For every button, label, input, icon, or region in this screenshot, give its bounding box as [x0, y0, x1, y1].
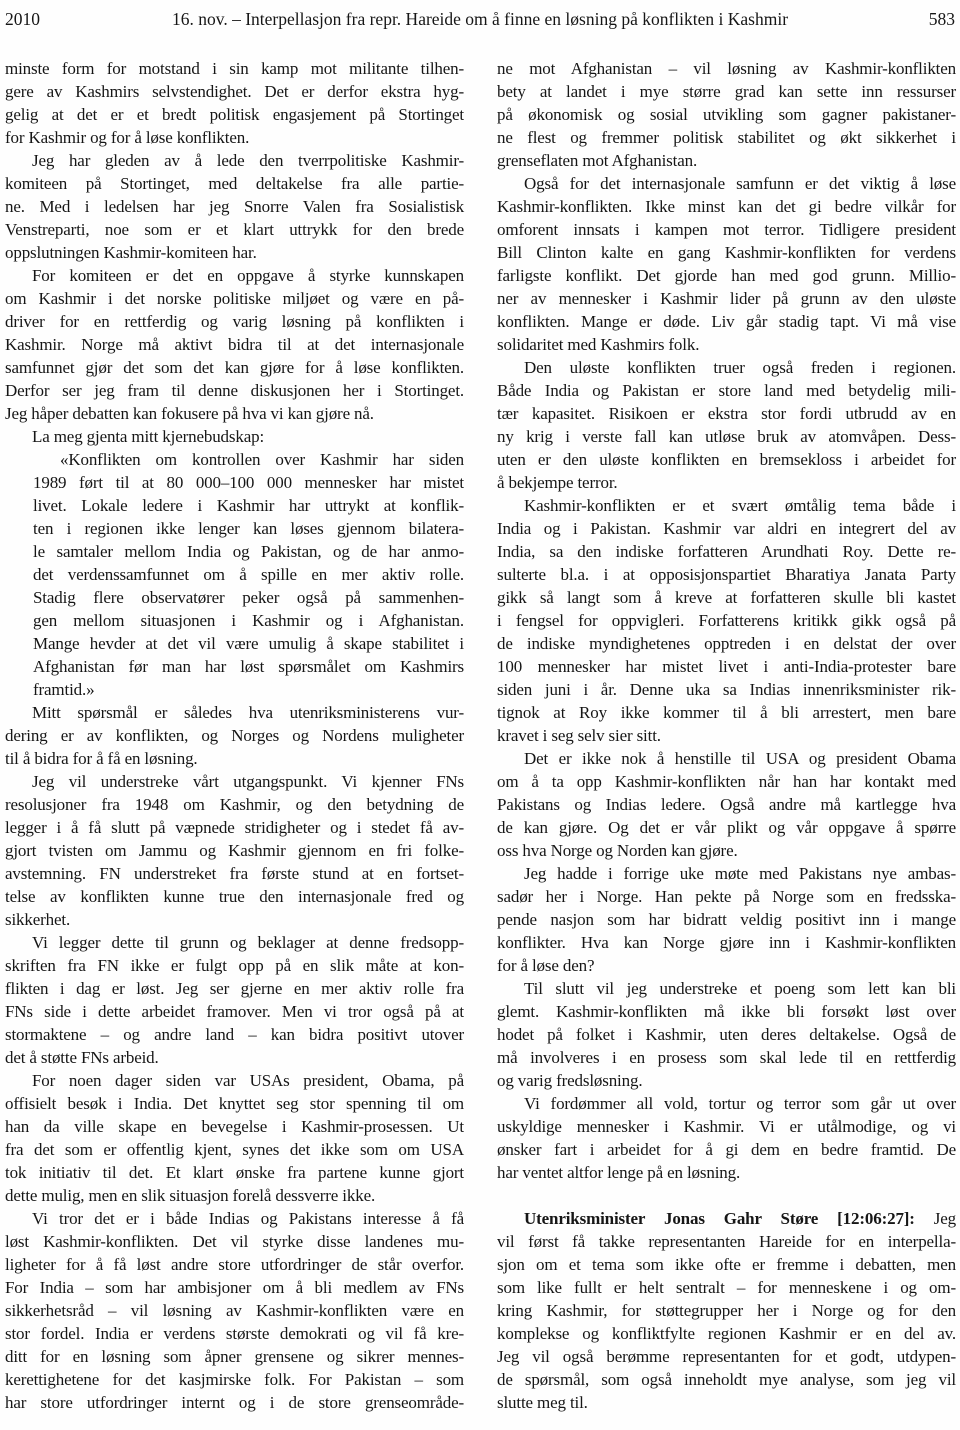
- text-line: samfunnet gjør det som det kan gjøre for…: [5, 356, 464, 379]
- text-line: ne. Med i ledelsen har jeg Snorre Valen …: [5, 195, 464, 218]
- text-line: Mitt spørsmål er således hva utenriksmin…: [5, 701, 464, 724]
- left-column: minste form for motstand i sin kamp mot …: [5, 57, 464, 1414]
- text-line: India, sa den indiske forfatteren Arundh…: [497, 540, 956, 563]
- text-line: kravet i seg selv sier sitt.: [497, 724, 956, 747]
- text-line: Både India og Pakistan er store land med…: [497, 379, 956, 402]
- text-line: ner av mennesker i Kashmir lider på grun…: [497, 287, 956, 310]
- text-line: sjon om et tema som ikke ofte er fremme …: [497, 1253, 956, 1276]
- text-line: på økonomisk og sosial utvikling som gag…: [497, 103, 956, 126]
- text-line: sulterte bl.a. i at opposisjonspartiet B…: [497, 563, 956, 586]
- text-line: 100 mennesker har mistet livet i anti-In…: [497, 655, 956, 678]
- text-line: om å ta opp Kashmir-konflikten når han h…: [497, 770, 956, 793]
- text-line: sadør her i Norge. Han pekte på Norge so…: [497, 885, 956, 908]
- text-line: 1989 ført til at 80 000–100 000 menneske…: [33, 471, 464, 494]
- text-line: grenseflaten mot Afghanistan.: [497, 149, 956, 172]
- page-header: 2010 16. nov. – Interpellasjon fra repr.…: [5, 9, 955, 32]
- text-line: Den uløste konflikten truer også freden …: [497, 356, 956, 379]
- text-line: pende nasjon som har bidratt veldig posi…: [497, 908, 956, 931]
- text-line: avstemning. FN understreket fra første s…: [5, 862, 464, 885]
- text-line: solidaritet med Kashmirs folk.: [497, 333, 956, 356]
- text-line: for Kashmir og for å løse konflikten.: [5, 126, 464, 149]
- text-line: ne mot Afghanistan – vil løsning av Kash…: [497, 57, 956, 80]
- text-line: Afghanistan før man har løst spørsmålet …: [33, 655, 464, 678]
- speaker-name: Utenriksminister Jonas Gahr Støre [12:06…: [524, 1209, 915, 1228]
- text-line: komplekse og konfliktfylte regionen Kash…: [497, 1322, 956, 1345]
- text-line: konflikter. Hva kan Norge gjøre inn i Ka…: [497, 931, 956, 954]
- page-number: 583: [929, 9, 955, 30]
- speaker-line: Utenriksminister Jonas Gahr Støre [12:06…: [497, 1207, 956, 1230]
- document-page: 2010 16. nov. – Interpellasjon fra repr.…: [0, 0, 960, 1430]
- text-line: de kan gjøre. Og det er vår plikt og vår…: [497, 816, 956, 839]
- text-line: For komiteen er det en oppgave å styrke …: [5, 264, 464, 287]
- text-line: legger i å få slutt på væpnede stridighe…: [5, 816, 464, 839]
- text-line: Mange hevder at det vil være umulig å sk…: [33, 632, 464, 655]
- text-line: dette mulig, men en slik situasjon forel…: [5, 1184, 464, 1207]
- text-line: Vi tror det er i både Indias og Pakistan…: [5, 1207, 464, 1230]
- text-line: oppslutningen Kashmir-komiteen har.: [5, 241, 464, 264]
- text-line: ditt for en løsning som åpner grensene o…: [5, 1345, 464, 1368]
- text-line: La meg gjenta mitt kjernebudskap:: [5, 425, 464, 448]
- text-line: telse av konflikten kunne true den inter…: [5, 885, 464, 908]
- text-line: farligste konflikt. Det gjorde han med g…: [497, 264, 956, 287]
- text-line: siden juni i år. Denne uka sa Indias inn…: [497, 678, 956, 701]
- text-line: løst Kashmir-konflikten. Det vil styrke …: [5, 1230, 464, 1253]
- text-line: stor fordel. India er verdens største de…: [5, 1322, 464, 1345]
- text-line: Derfor ser jeg fram til denne diskusjone…: [5, 379, 464, 402]
- text-line: gelig at det er et bredt politisk engasj…: [5, 103, 464, 126]
- text-line: FNs side i dette arbeidet framover. Men …: [5, 1000, 464, 1023]
- text-line: Til slutt vil jeg understreke et poeng s…: [497, 977, 956, 1000]
- text-line: ten i regionen ikke lenger kan løses gje…: [33, 517, 464, 540]
- text-line: uten er den uløste konflikten en bremsek…: [497, 448, 956, 471]
- text-line: og varig fredsløsning.: [497, 1069, 956, 1092]
- text-line: Kashmir-konflikten. Ikke minst kan det g…: [497, 195, 956, 218]
- text-line: det å støtte FNs arbeid.: [5, 1046, 464, 1069]
- text-line: Jeg håper debatten kan fokusere på hva v…: [5, 402, 464, 425]
- text-line: stormaktene – og andre land – kan bidra …: [5, 1023, 464, 1046]
- text-line: Vi fordømmer all vold, tortur og terror …: [497, 1092, 956, 1115]
- text-line: han da ville skape en bevegelse i Kashmi…: [5, 1115, 464, 1138]
- text-line: tok initiativ til det. Et klart ønske fr…: [5, 1161, 464, 1184]
- text-line: livet. Lokale ledere i Kashmir har uttry…: [33, 494, 464, 517]
- text-line: driver for en rettferdig og varig løsnin…: [5, 310, 464, 333]
- text-line: komiteen på Stortinget, med deltakelse f…: [5, 172, 464, 195]
- text-line: resolusjoner fra 1948 om Kashmir, og den…: [5, 793, 464, 816]
- text-line: uskyldige mennesker i Kashmir. Vi er utå…: [497, 1115, 956, 1138]
- text-line: skriften fra FN ikke er fulgt opp på en …: [5, 954, 464, 977]
- text-line: slutte meg til.: [497, 1391, 956, 1414]
- text-line: Vi legger dette til grunn og beklager at…: [5, 931, 464, 954]
- text-line: bety at landet i mye større grad kan set…: [497, 80, 956, 103]
- text-line: fra det som er offentlig kjent, synes de…: [5, 1138, 464, 1161]
- text-line: for å løse den?: [497, 954, 956, 977]
- text-line: For India – som har ambisjoner om å bli …: [5, 1276, 464, 1299]
- text-line: glemt. Kashmir-konflikten må ikke bli fo…: [497, 1000, 956, 1023]
- right-column: ne mot Afghanistan – vil løsning av Kash…: [497, 57, 956, 1414]
- text-line: gjort tvisten om Jammu og Kashmir gjenno…: [5, 839, 464, 862]
- text-line: har ventet altfor lenge på en løsning.: [497, 1161, 956, 1184]
- text-line: India og i Pakistan. Kashmir var aldri e…: [497, 517, 956, 540]
- text-line: hodet på folket i Kashmir, uten deres de…: [497, 1023, 956, 1046]
- text-line: de indiske myndighetenes opptreden i en …: [497, 632, 956, 655]
- text-line: tær kapasitet. Risikoen er ekstra stor f…: [497, 402, 956, 425]
- text-line: må involveres i en prosess som skal lede…: [497, 1046, 956, 1069]
- text-line: Det er ikke nok å henstille til USA og p…: [497, 747, 956, 770]
- text-line: For noen dager siden var USAs president,…: [5, 1069, 464, 1092]
- text-line: Kashmir. Norge må aktivt bidra til at de…: [5, 333, 464, 356]
- text-line: kring Kashmir, for støttegrupper her i N…: [497, 1299, 956, 1322]
- text-line: omforent innsats i kampen mot terror. Ti…: [497, 218, 956, 241]
- text-line: Jeg vil også berømme representanten for …: [497, 1345, 956, 1368]
- text-line: minste form for motstand i sin kamp mot …: [5, 57, 464, 80]
- text-line: i fengsel for oppvigleri. Forfatterens k…: [497, 609, 956, 632]
- text-line: tignok at Roy ikke kommer til å bli arre…: [497, 701, 956, 724]
- text-line: sikkerhetsråd – vil løsning av Kashmir-k…: [5, 1299, 464, 1322]
- text-line: å bekjempe terror.: [497, 471, 956, 494]
- text-line: Pakistans og Indias ledere. Også andre m…: [497, 793, 956, 816]
- text-line: ligheter for å få løst andre store utfor…: [5, 1253, 464, 1276]
- text-line: om Kashmir i det norske politiske miljøe…: [5, 287, 464, 310]
- text-line: Venstreparti, noe som er et klart uttryk…: [5, 218, 464, 241]
- text-line: gere av Kashmirs selvstendighet. Det er …: [5, 80, 464, 103]
- text-line: oss hva Norge og Norden kan gjøre.: [497, 839, 956, 862]
- text-line: til å bidra for å få en løsning.: [5, 747, 464, 770]
- text-line: ønsker fart i arbeidet for å gi dem en b…: [497, 1138, 956, 1161]
- running-title: 16. nov. – Interpellasjon fra repr. Hare…: [5, 9, 955, 30]
- text-line: de spørsmål, som også inneholdt mye anal…: [497, 1368, 956, 1391]
- text-line: Jeg hadde i forrige uke møte med Pakista…: [497, 862, 956, 885]
- text-line: ny krig i verste fall kan utløse bruk av…: [497, 425, 956, 448]
- text-line: dering er av konflikten, og Norges og No…: [5, 724, 464, 747]
- text-line: framtid.»: [33, 678, 464, 701]
- text-line: offisielt besøk i India. Det knyttet seg…: [5, 1092, 464, 1115]
- text-line: flikten i dag er løst. Jeg ser gjerne en…: [5, 977, 464, 1000]
- text-line: sikkerhet.: [5, 908, 464, 931]
- text-line: konflikten. Mange er døde. Liv går stadi…: [497, 310, 956, 333]
- blank-line: [497, 1184, 956, 1207]
- text-line: Kashmir-konflikten er et svært ømtålig t…: [497, 494, 956, 517]
- text-line: ne flest og fremmer politisk stabilitet …: [497, 126, 956, 149]
- text-line: kerettighetene for det kasjmirske folk. …: [5, 1368, 464, 1391]
- text-line: vil først få takke representanten Hareid…: [497, 1230, 956, 1253]
- text-line: Jeg vil understreke vårt utgangspunkt. V…: [5, 770, 464, 793]
- text-line: det verdenssamfunnet om å spille en mer …: [33, 563, 464, 586]
- text-line: Jeg har gleden av å lede den tverrpoliti…: [5, 149, 464, 172]
- text-line: har store utfordringer internt og i de s…: [5, 1391, 464, 1414]
- text-line: som like fullt er helt sentralt – for me…: [497, 1276, 956, 1299]
- text-line: gikk så langt som å kreve at forfatteren…: [497, 586, 956, 609]
- text-line: Bill Clinton kalte en gang Kashmir-konfl…: [497, 241, 956, 264]
- text-line: gen mellom situasjonen i Kashmir og i Af…: [33, 609, 464, 632]
- text-line: Også for det internasjonale samfunn er d…: [497, 172, 956, 195]
- text-line: le samtaler mellom India og Pakistan, og…: [33, 540, 464, 563]
- text-line: Stadig flere observatører peker også på …: [33, 586, 464, 609]
- text-line: «Konflikten om kontrollen over Kashmir h…: [33, 448, 464, 471]
